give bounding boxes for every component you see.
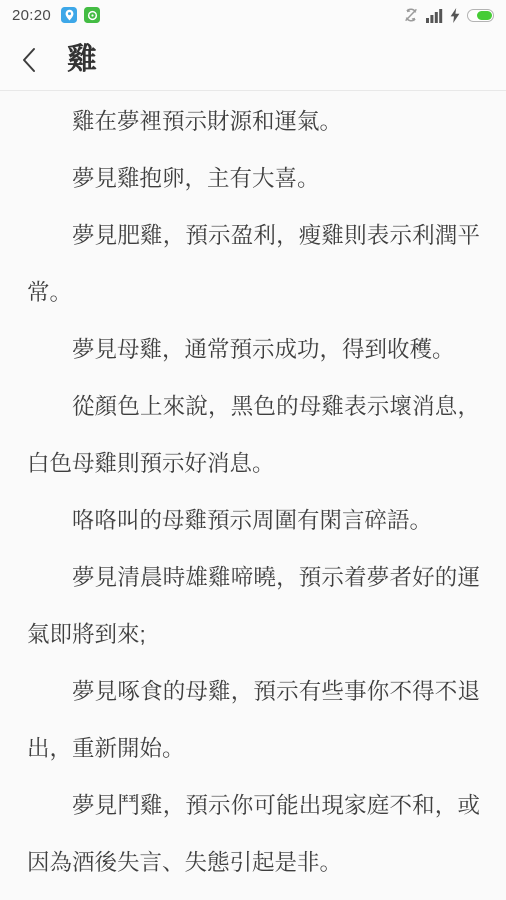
clock-time: 20:20: [12, 7, 51, 24]
location-app-notification-icon: [61, 7, 77, 23]
page-title: 雞: [67, 45, 97, 75]
paragraph: 夢見啄食的母雞，預示有些事你不得不退出，重新開始。: [27, 663, 480, 777]
paragraph: 夢見清晨時雄雞啼曉，預示着夢者好的運氣即將到來;: [27, 549, 480, 663]
sync-disabled-icon: [403, 7, 419, 23]
back-button[interactable]: [18, 46, 40, 74]
paragraph: 夢見鬥雞，預示你可能出現家庭不和，或因為酒後失言、失態引起是非。: [27, 777, 480, 891]
battery-level-fill: [477, 11, 492, 20]
status-bar: 20:20: [0, 0, 506, 30]
paragraph: 從顏色上來說，黑色的母雞表示壞消息，白色母雞則預示好消息。: [27, 378, 480, 492]
paragraph: 雞在夢裡預示財源和運氣。: [27, 93, 480, 150]
paragraph: 咯咯叫的母雞預示周圍有閑言碎語。: [27, 492, 480, 549]
title-bar: 雞: [0, 30, 506, 91]
green-app-notification-icon: [84, 7, 100, 23]
charging-bolt-icon: [450, 8, 460, 23]
status-bar-left: 20:20: [12, 7, 100, 24]
status-bar-right: [403, 7, 494, 23]
signal-strength-icon: [426, 8, 443, 23]
paragraph: 夢見肥雞，預示盈利，瘦雞則表示利潤平常。: [27, 207, 480, 321]
article-body[interactable]: 雞在夢裡預示財源和運氣。夢見雞抱卵，主有大喜。夢見肥雞，預示盈利，瘦雞則表示利潤…: [0, 91, 506, 891]
paragraph: 夢見雞抱卵，主有大喜。: [27, 150, 480, 207]
battery-icon: [467, 9, 494, 22]
app-screen: 20:20: [0, 0, 506, 900]
paragraph: 夢見母雞，通常預示成功，得到收穫。: [27, 321, 480, 378]
